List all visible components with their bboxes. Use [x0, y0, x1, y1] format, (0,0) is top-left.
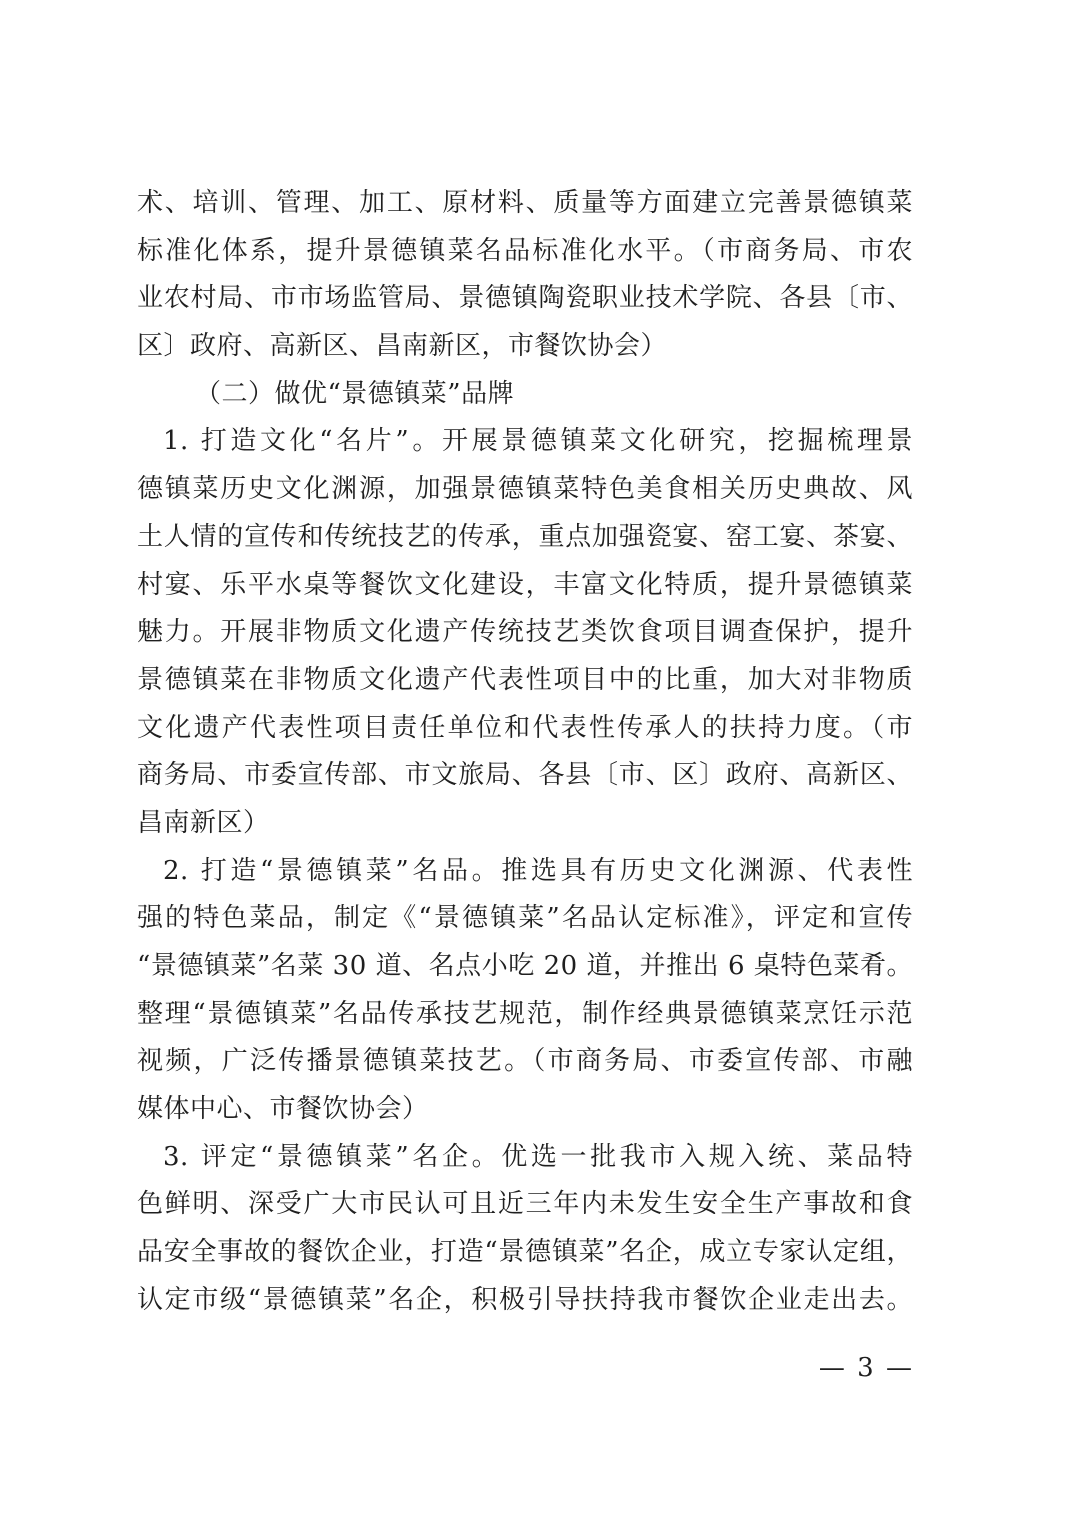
- doc-line: 品安全事故的餐饮企业，打造“景德镇菜”名企，成立专家认定组，: [137, 1229, 913, 1277]
- doc-line: 村宴、乐平水桌等餐饮文化建设，丰富文化特质，提升景德镇菜: [137, 562, 913, 610]
- document-body: 术、培训、管理、加工、原材料、质量等方面建立完善景德镇菜 标准化体系，提升景德镇…: [137, 180, 913, 1325]
- document-page: 术、培训、管理、加工、原材料、质量等方面建立完善景德镇菜 标准化体系，提升景德镇…: [0, 0, 1074, 1520]
- doc-line: 整理“景德镇菜”名品传承技艺规范，制作经典景德镇菜烹饪示范: [137, 991, 913, 1039]
- doc-line: 2. 打造“景德镇菜”名品。推选具有历史文化渊源、代表性: [137, 848, 913, 896]
- doc-line: 认定市级“景德镇菜”名企，积极引导扶持我市餐饮企业走出去。: [137, 1277, 913, 1325]
- doc-line: 商务局、市委宣传部、市文旅局、各县〔市、区〕政府、高新区、: [137, 752, 913, 800]
- section-heading: （二）做优“景德镇菜”品牌: [137, 371, 913, 419]
- page-number: — 3 —: [819, 1352, 914, 1384]
- doc-line: 文化遗产代表性项目责任单位和代表性传承人的扶持力度。（市: [137, 705, 913, 753]
- doc-line: 强的特色菜品，制定《“景德镇菜”名品认定标准》，评定和宣传: [137, 895, 913, 943]
- doc-line: 景德镇菜在非物质文化遗产代表性项目中的比重，加大对非物质: [137, 657, 913, 705]
- doc-line: “景德镇菜”名菜 30 道、名点小吃 20 道，并推出 6 桌特色菜肴。: [137, 943, 913, 991]
- doc-line: 色鲜明、深受广大市民认可且近三年内未发生安全生产事故和食: [137, 1181, 913, 1229]
- doc-line: 3. 评定“景德镇菜”名企。优选一批我市入规入统、菜品特: [137, 1134, 913, 1182]
- doc-line: 业农村局、市市场监管局、景德镇陶瓷职业技术学院、各县〔市、: [137, 275, 913, 323]
- doc-line: 土人情的宣传和传统技艺的传承，重点加强瓷宴、窑工宴、茶宴、: [137, 514, 913, 562]
- doc-line: 标准化体系，提升景德镇菜名品标准化水平。（市商务局、市农: [137, 228, 913, 276]
- doc-line: 昌南新区）: [137, 800, 913, 848]
- doc-line: 魅力。开展非物质文化遗产传统技艺类饮食项目调查保护，提升: [137, 609, 913, 657]
- doc-line: 媒体中心、市餐饮协会）: [137, 1086, 913, 1134]
- doc-line: 1. 打造文化“名片”。开展景德镇菜文化研究，挖掘梳理景: [137, 418, 913, 466]
- doc-line: 术、培训、管理、加工、原材料、质量等方面建立完善景德镇菜: [137, 180, 913, 228]
- doc-line: 区〕政府、高新区、昌南新区，市餐饮协会）: [137, 323, 913, 371]
- doc-line: 德镇菜历史文化渊源，加强景德镇菜特色美食相关历史典故、风: [137, 466, 913, 514]
- doc-line: 视频，广泛传播景德镇菜技艺。（市商务局、市委宣传部、市融: [137, 1038, 913, 1086]
